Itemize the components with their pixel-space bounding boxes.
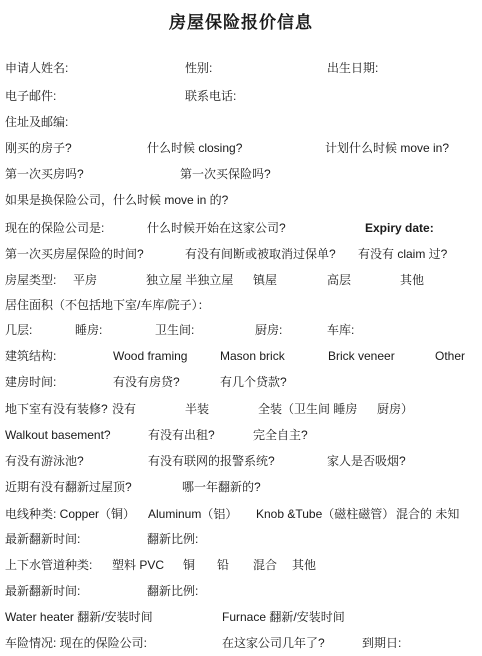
house-type-townhouse: 镇屋: [253, 272, 277, 288]
build-year-label: 建房时间:: [5, 374, 56, 390]
wiring-mixed-unknown: 混合的 未知: [396, 506, 459, 522]
basement-rented-label: 有没有出租?: [148, 427, 215, 443]
basement-self-use-label: 完全自主?: [253, 427, 308, 443]
switch-company-label: 如果是换保险公司，什么时候 move in 的?: [5, 192, 228, 208]
loans-count-label: 有几个贷款?: [220, 374, 287, 390]
move-in-plan-label: 计划什么时候 move in?: [325, 140, 449, 156]
structure-brick-veneer: Brick veneer: [328, 348, 395, 364]
house-type-highrise: 高层: [327, 272, 351, 288]
house-type-bungalow: 平房: [73, 272, 97, 288]
alarm-system-label: 有没有联网的报警系统?: [148, 453, 275, 469]
house-type-label: 房屋类型:: [5, 272, 56, 288]
applicant-name-label: 申请人姓名:: [5, 60, 68, 76]
structure-wood-framing: Wood framing: [113, 348, 187, 364]
wiring-reno-ratio-label: 翻新比例:: [147, 531, 198, 547]
wiring-aluminum: Aluminum（铝）: [148, 506, 237, 522]
first-insurance-label: 第一次买保险吗?: [180, 166, 271, 182]
mortgage-label: 有没有房贷?: [113, 374, 180, 390]
email-label: 电子邮件:: [5, 88, 56, 104]
auto-insurer-years-label: 在这家公司几年了?: [222, 635, 325, 651]
policy-interruption-label: 有没有间断或被取消过保单?: [185, 246, 336, 262]
current-insurer-label: 现在的保险公司是:: [5, 220, 104, 236]
smoking-label: 家人是否吸烟?: [327, 453, 406, 469]
plumbing-lead: 铅: [217, 557, 229, 573]
expiry-date-label: Expiry date:: [365, 220, 434, 236]
pool-label: 有没有游泳池?: [5, 453, 84, 469]
basement-finished-label: 地下室有没有装修?: [5, 401, 108, 417]
gender-label: 性别:: [185, 60, 212, 76]
plumbing-mixed: 混合: [253, 557, 277, 573]
basement-half: 半装: [185, 401, 209, 417]
wiring-copper-label: 电线种类: Copper（铜）: [5, 506, 135, 522]
basement-none: 没有: [112, 401, 136, 417]
phone-label: 联系电话:: [185, 88, 236, 104]
structure-other: Other: [435, 348, 465, 364]
plumbing-reno-time-label: 最新翻新时间:: [5, 583, 80, 599]
first-policy-label: 第一次买房屋保险的时间?: [5, 246, 144, 262]
structure-label: 建筑结构:: [5, 348, 56, 364]
address-label: 住址及邮编:: [5, 114, 68, 130]
plumbing-reno-ratio-label: 翻新比例:: [147, 583, 198, 599]
water-heater-label: Water heater 翻新/安装时间: [5, 609, 153, 625]
house-type-other: 其他: [400, 272, 424, 288]
auto-expiry-label: 到期日:: [362, 635, 401, 651]
garage-label: 车库:: [327, 322, 354, 338]
insurance-quote-form-document: 房屋保险报价信息 申请人姓名: 性别: 出生日期: 电子邮件: 联系电话: 住址…: [0, 0, 482, 656]
birth-date-label: 出生日期:: [327, 60, 378, 76]
roof-renovated-label: 近期有没有翻新过屋顶?: [5, 479, 132, 495]
closing-date-label: 什么时候 closing?: [147, 140, 242, 156]
claim-history-label: 有没有 claim 过?: [358, 246, 447, 262]
plumbing-other: 其他: [292, 557, 316, 573]
house-type-detached: 独立屋 半独立屋: [146, 272, 233, 288]
basement-full: 全装（卫生间 睡房: [258, 401, 357, 417]
insurer-start-label: 什么时候开始在这家公司?: [147, 220, 286, 236]
wiring-reno-time-label: 最新翻新时间:: [5, 531, 80, 547]
basement-kitchen: 厨房）: [377, 401, 413, 417]
structure-mason-brick: Mason brick: [220, 348, 285, 364]
plumbing-type-label: 上下水管道种类:: [5, 557, 92, 573]
furnace-label: Furnace 翻新/安装时间: [222, 609, 345, 625]
floors-label: 几层:: [5, 322, 32, 338]
plumbing-copper: 铜: [183, 557, 195, 573]
living-area-label: 居住面积（不包括地下室/车库/院子）：: [5, 297, 210, 313]
roof-reno-year-label: 哪一年翻新的?: [182, 479, 261, 495]
auto-insurance-label: 车险情况: 现在的保险公司:: [5, 635, 147, 651]
walkout-basement-label: Walkout basement?: [5, 427, 111, 443]
kitchens-label: 厨房:: [255, 322, 282, 338]
wiring-knob-tube: Knob &Tube（磁柱磁管）: [256, 506, 394, 522]
bathrooms-label: 卫生间:: [155, 322, 194, 338]
page-title: 房屋保险报价信息: [0, 8, 482, 33]
plumbing-pvc: 塑料 PVC: [112, 557, 164, 573]
first-home-label: 第一次买房吗?: [5, 166, 84, 182]
bedrooms-label: 睡房:: [75, 322, 102, 338]
just-bought-label: 刚买的房子?: [5, 140, 72, 156]
